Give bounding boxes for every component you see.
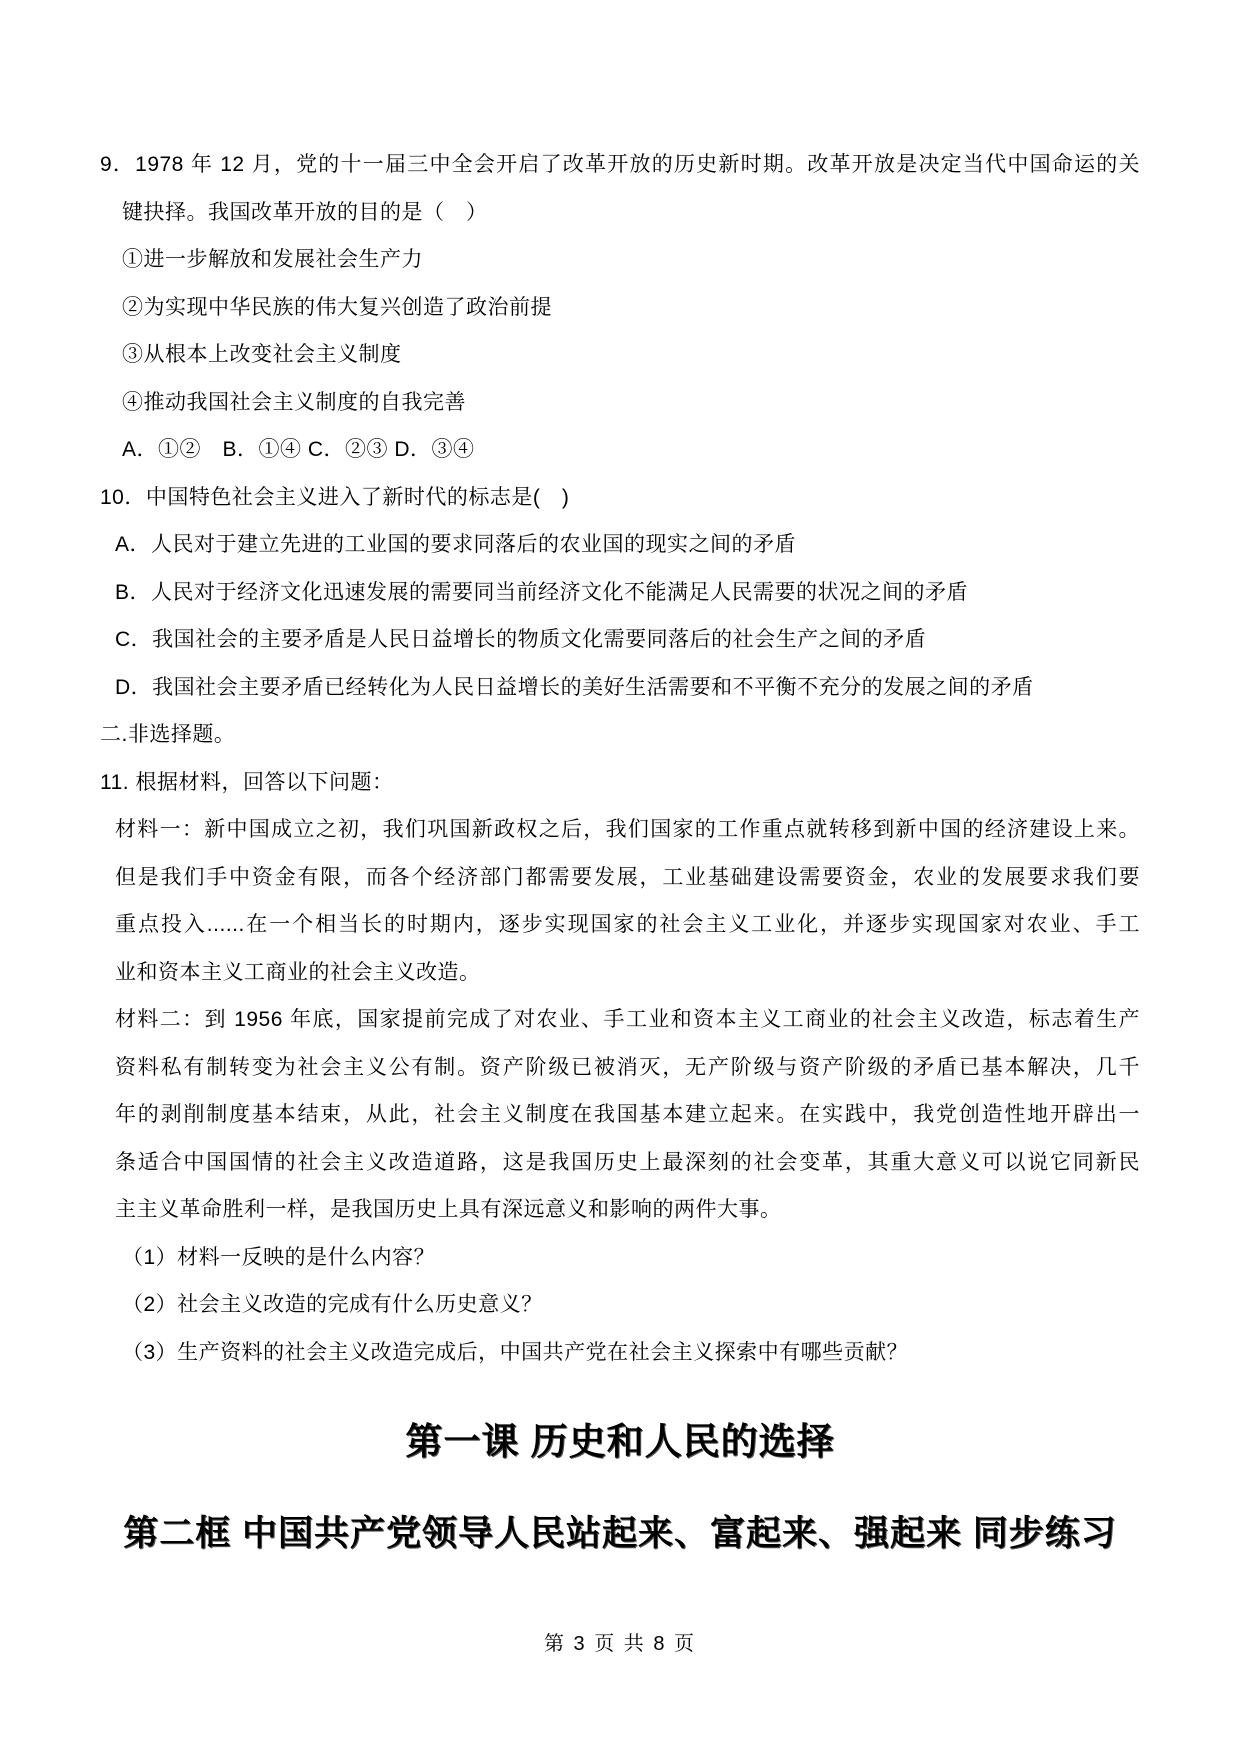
q11-material1-line-4: 业和资本主义工商业的社会主义改造。 bbox=[115, 949, 1140, 997]
page-number-footer: 第 3 页 共 8 页 bbox=[0, 1620, 1240, 1668]
page-body: 9．1978 年 12 月，党的十一届三中全会开启了改革开放的历史新时期。改革开… bbox=[100, 141, 1140, 1558]
q10-option-b: B．人民对于经济文化迅速发展的需要同当前经济文化不能满足人民需要的状况之间的矛盾 bbox=[115, 569, 1140, 617]
section2-label: 二.非选择题。 bbox=[100, 711, 1140, 759]
q9-answer-options: A．①② B．①④ C．②③ D．③④ bbox=[122, 426, 1140, 474]
q10-option-d: D．我国社会主要矛盾已经转化为人民日益增长的美好生活需要和不平衡不充分的发展之间… bbox=[115, 664, 1140, 712]
q11-material1-line-3: 重点投入......在一个相当长的时期内，逐步实现国家的社会主义工业化，并逐步实… bbox=[115, 901, 1140, 949]
exam-page: 9．1978 年 12 月，党的十一届三中全会开启了改革开放的历史新时期。改革开… bbox=[0, 0, 1240, 1754]
q9-statement-1: ①进一步解放和发展社会生产力 bbox=[122, 236, 1140, 284]
q9-statement-3: ③从根本上改变社会主义制度 bbox=[122, 331, 1140, 379]
q11-material2-line-5: 主主义革命胜利一样，是我国历史上具有深远意义和影响的两件大事。 bbox=[115, 1186, 1140, 1234]
q11-subquestion-2: （2）社会主义改造的完成有什么历史意义？ bbox=[122, 1281, 1140, 1329]
q11-material1-line-2: 但是我们手中资金有限，而各个经济部门都需要发展，工业基础建设需要资金，农业的发展… bbox=[115, 854, 1140, 902]
q11-subquestion-3: （3）生产资料的社会主义改造完成后，中国共产党在社会主义探索中有哪些贡献？ bbox=[122, 1329, 1140, 1377]
q10-option-c: C．我国社会的主要矛盾是人民日益增长的物质文化需要同落后的社会生产之间的矛盾 bbox=[115, 616, 1140, 664]
q11-material2-line-3: 年的剥削制度基本结束，从此，社会主义制度在我国基本建立起来。在实践中，我党创造性… bbox=[115, 1091, 1140, 1139]
q11-material2-line-1: 材料二：到 1956 年底，国家提前完成了对农业、手工业和资本主义工商业的社会主… bbox=[115, 996, 1140, 1044]
q9-statement-4: ④推动我国社会主义制度的自我完善 bbox=[122, 379, 1140, 427]
q10-option-a: A．人民对于建立先进的工业国的要求同落后的农业国的现实之间的矛盾 bbox=[115, 521, 1140, 569]
lesson-title: 第一课 历史和人民的选择 bbox=[100, 1418, 1140, 1466]
q11-material1-line-1: 材料一：新中国成立之初，我们巩国新政权之后，我们国家的工作重点就转移到新中国的经… bbox=[115, 806, 1140, 854]
frame-subtitle: 第二框 中国共产党领导人民站起来、富起来、强起来 同步练习 bbox=[100, 1510, 1140, 1558]
q11-material2-line-4: 条适合中国国情的社会主义改造道路，这是我国历史上最深刻的社会变革，其重大意义可以… bbox=[115, 1139, 1140, 1187]
q9-stem-line-1: 9．1978 年 12 月，党的十一届三中全会开启了改革开放的历史新时期。改革开… bbox=[100, 141, 1140, 189]
q9-statement-2: ②为实现中华民族的伟大复兴创造了政治前提 bbox=[122, 284, 1140, 332]
q11-intro: 11. 根据材料，回答以下问题： bbox=[100, 759, 1140, 807]
q10-stem: 10．中国特色社会主义进入了新时代的标志是( ) bbox=[100, 474, 1140, 522]
q9-stem-line-2: 键抉择。我国改革开放的目的是（ ） bbox=[122, 189, 1140, 237]
q11-material2-line-2: 资料私有制转变为社会主义公有制。资产阶级已被消灭，无产阶级与资产阶级的矛盾已基本… bbox=[115, 1044, 1140, 1092]
q11-subquestion-1: （1）材料一反映的是什么内容？ bbox=[122, 1234, 1140, 1282]
